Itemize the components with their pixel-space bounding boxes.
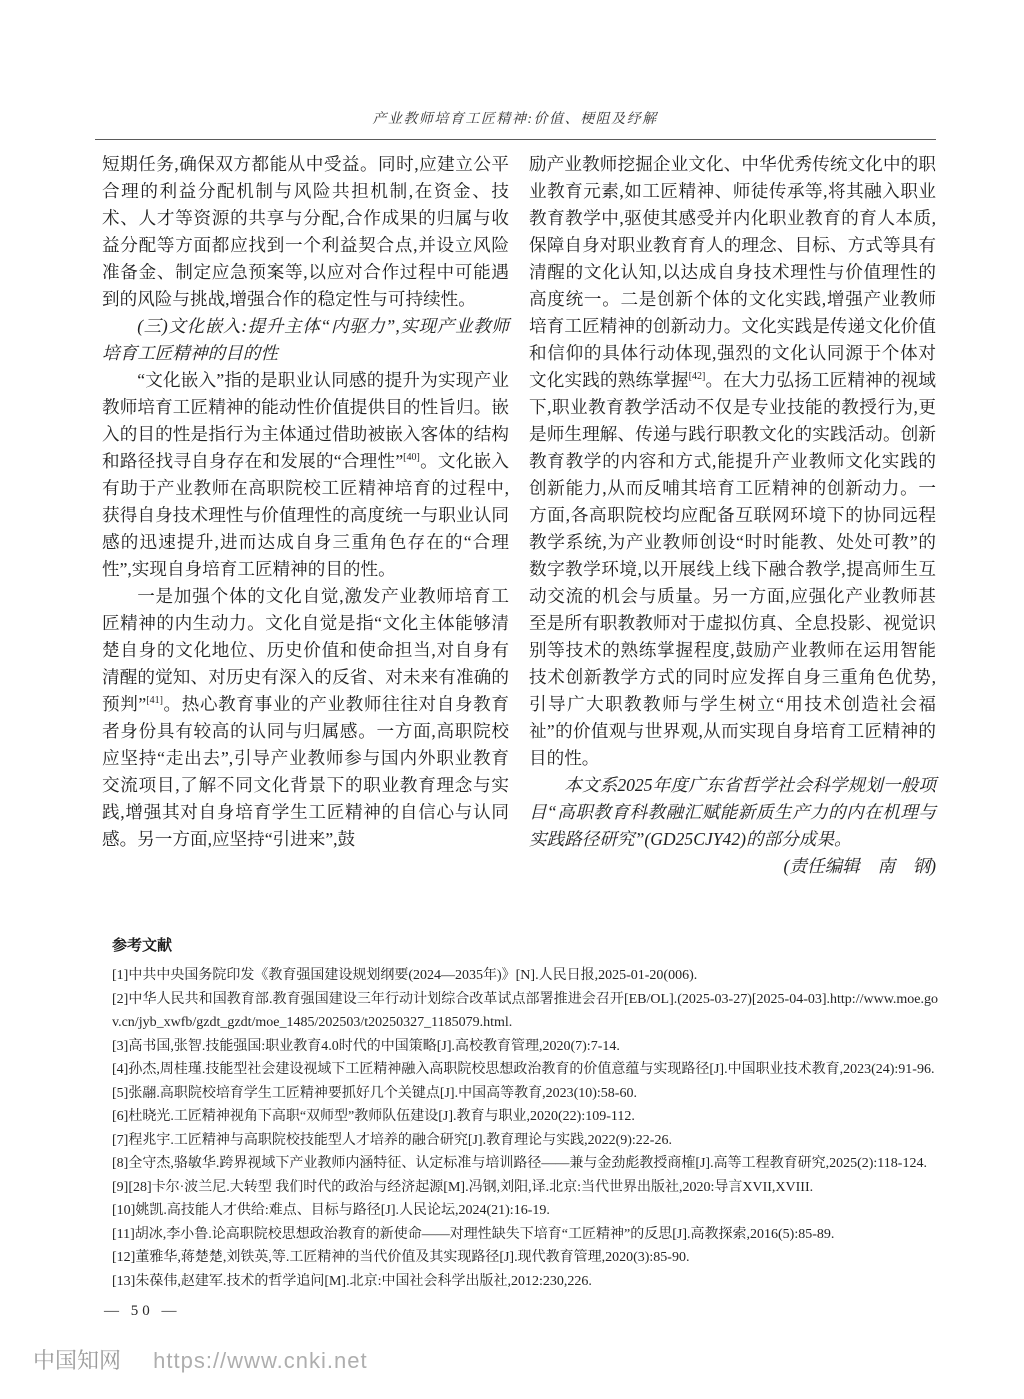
reference-item: [13]朱葆伟,赵建军.技术的哲学追问[M].北京:中国社会科学出版社,2012…: [112, 1270, 938, 1294]
footnote-ref: [42]: [689, 371, 706, 382]
funding-note: 本文系2025年度广东省哲学社会科学规划一般项目“高职教育科教融汇赋能新质生产力…: [529, 772, 936, 853]
references-list: [1]中共中央国务院印发《教育强国建设规划纲要(2024—2035年)》[N].…: [112, 964, 938, 1293]
section-heading: (三)文化嵌入:提升主体“内驱力”,实现产业教师培育工匠精神的目的性: [102, 313, 509, 367]
references-section: 参考文献 [1]中共中央国务院印发《教育强国建设规划纲要(2024—2035年)…: [112, 934, 938, 1293]
journal-page: 产业教师培育工匠精神:价值、梗阻及纾解 短期任务,确保双方都能从中受益。同时,应…: [0, 0, 1024, 1399]
text-run: 本文系2025年度广东省哲学社会科学规划一般项目“高职教育科教融汇赋能新质生产力…: [529, 775, 936, 849]
footnote-ref: [41]: [146, 695, 163, 706]
text-run: (三)文化嵌入:提升主体“内驱力”,实现产业教师培育工匠精神的目的性: [102, 316, 509, 363]
reference-item: [9][28]卡尔·波兰尼.大转型 我们时代的政治与经济起源[M].冯钢,刘阳,…: [112, 1176, 938, 1200]
editor-note: (责任编辑 南 钢): [529, 853, 936, 880]
paragraph: 一是加强个体的文化自觉,激发产业教师培育工匠精神的内生动力。文化自觉是指“文化主…: [102, 583, 509, 853]
right-column: 励产业教师挖掘企业文化、中华优秀传统文化中的职业教育元素,如工匠精神、师徒传承等…: [529, 151, 936, 880]
running-head-title: 产业教师培育工匠精神:价值、梗阻及纾解: [95, 108, 935, 128]
text-run: 。热心教育事业的产业教师往往对自身教育者身份具有较高的认同与归属感。一方面,高职…: [102, 694, 509, 849]
reference-item: [7]程兆宇.工匠精神与高职院校技能型人才培养的融合研究[J].教育理论与实践,…: [112, 1129, 938, 1153]
reference-item: [8]全守杰,骆敏华.跨界视域下产业教师内涵特征、认定标准与培训路径——兼与金劲…: [112, 1152, 938, 1176]
footnote-ref: [40]: [403, 452, 420, 463]
reference-item: [5]张翮.高职院校培育学生工匠精神要抓好几个关键点[J].中国高等教育,202…: [112, 1082, 938, 1106]
reference-item: [2]中华人民共和国教育部.教育强国建设三年行动计划综合改革试点部署推进会召开[…: [112, 988, 938, 1035]
reference-item: [4]孙杰,周桂瑾.技能型社会建设视域下工匠精神融入高职院校思想政治教育的价值意…: [112, 1058, 938, 1082]
text-run: (责任编辑 南 钢): [784, 856, 936, 876]
paragraph: “文化嵌入”指的是职业认同感的提升为实现产业教师培育工匠精神的能动性价值提供目的…: [102, 367, 509, 583]
page-number: — 50 —: [104, 1303, 181, 1320]
reference-item: [12]董雅华,蒋楚楚,刘铁英,等.工匠精神的当代价值及其实现路径[J].现代教…: [112, 1246, 938, 1270]
cnki-brand-label: 中国知网: [33, 1348, 121, 1373]
references-heading: 参考文献: [112, 934, 938, 955]
left-column: 短期任务,确保双方都能从中受益。同时,应建立公平合理的利益分配机制与风险共担机制…: [102, 151, 509, 880]
reference-item: [6]杜晓光.工匠精神视角下高职“双师型”教师队伍建设[J].教育与职业,202…: [112, 1105, 938, 1129]
header-rule: [95, 139, 936, 140]
paragraph-continuation: 励产业教师挖掘企业文化、中华优秀传统文化中的职业教育元素,如工匠精神、师徒传承等…: [529, 151, 936, 772]
cnki-watermark: 中国知网 https://www.cnki.net: [33, 1344, 368, 1375]
reference-item: [11]胡冰,李小鲁.论高职院校思想政治教育的新使命——对理性缺失下培育“工匠精…: [112, 1223, 938, 1247]
cnki-url-label: https://www.cnki.net: [153, 1348, 367, 1373]
text-run: 励产业教师挖掘企业文化、中华优秀传统文化中的职业教育元素,如工匠精神、师徒传承等…: [529, 154, 936, 390]
text-run: 短期任务,确保双方都能从中受益。同时,应建立公平合理的利益分配机制与风险共担机制…: [102, 154, 509, 309]
reference-item: [10]姚凯.高技能人才供给:难点、目标与路径[J].人民论坛,2024(21)…: [112, 1199, 938, 1223]
text-run: 。在大力弘扬工匠精神的视域下,职业教育教学活动不仅是专业技能的教授行为,更是师生…: [529, 370, 936, 768]
reference-item: [1]中共中央国务院印发《教育强国建设规划纲要(2024—2035年)》[N].…: [112, 964, 938, 988]
paragraph-continuation: 短期任务,确保双方都能从中受益。同时,应建立公平合理的利益分配机制与风险共担机制…: [102, 151, 509, 313]
article-body: 短期任务,确保双方都能从中受益。同时,应建立公平合理的利益分配机制与风险共担机制…: [102, 151, 936, 880]
reference-item: [3]高书国,张智.技能强国:职业教育4.0时代的中国策略[J].高校教育管理,…: [112, 1035, 938, 1059]
